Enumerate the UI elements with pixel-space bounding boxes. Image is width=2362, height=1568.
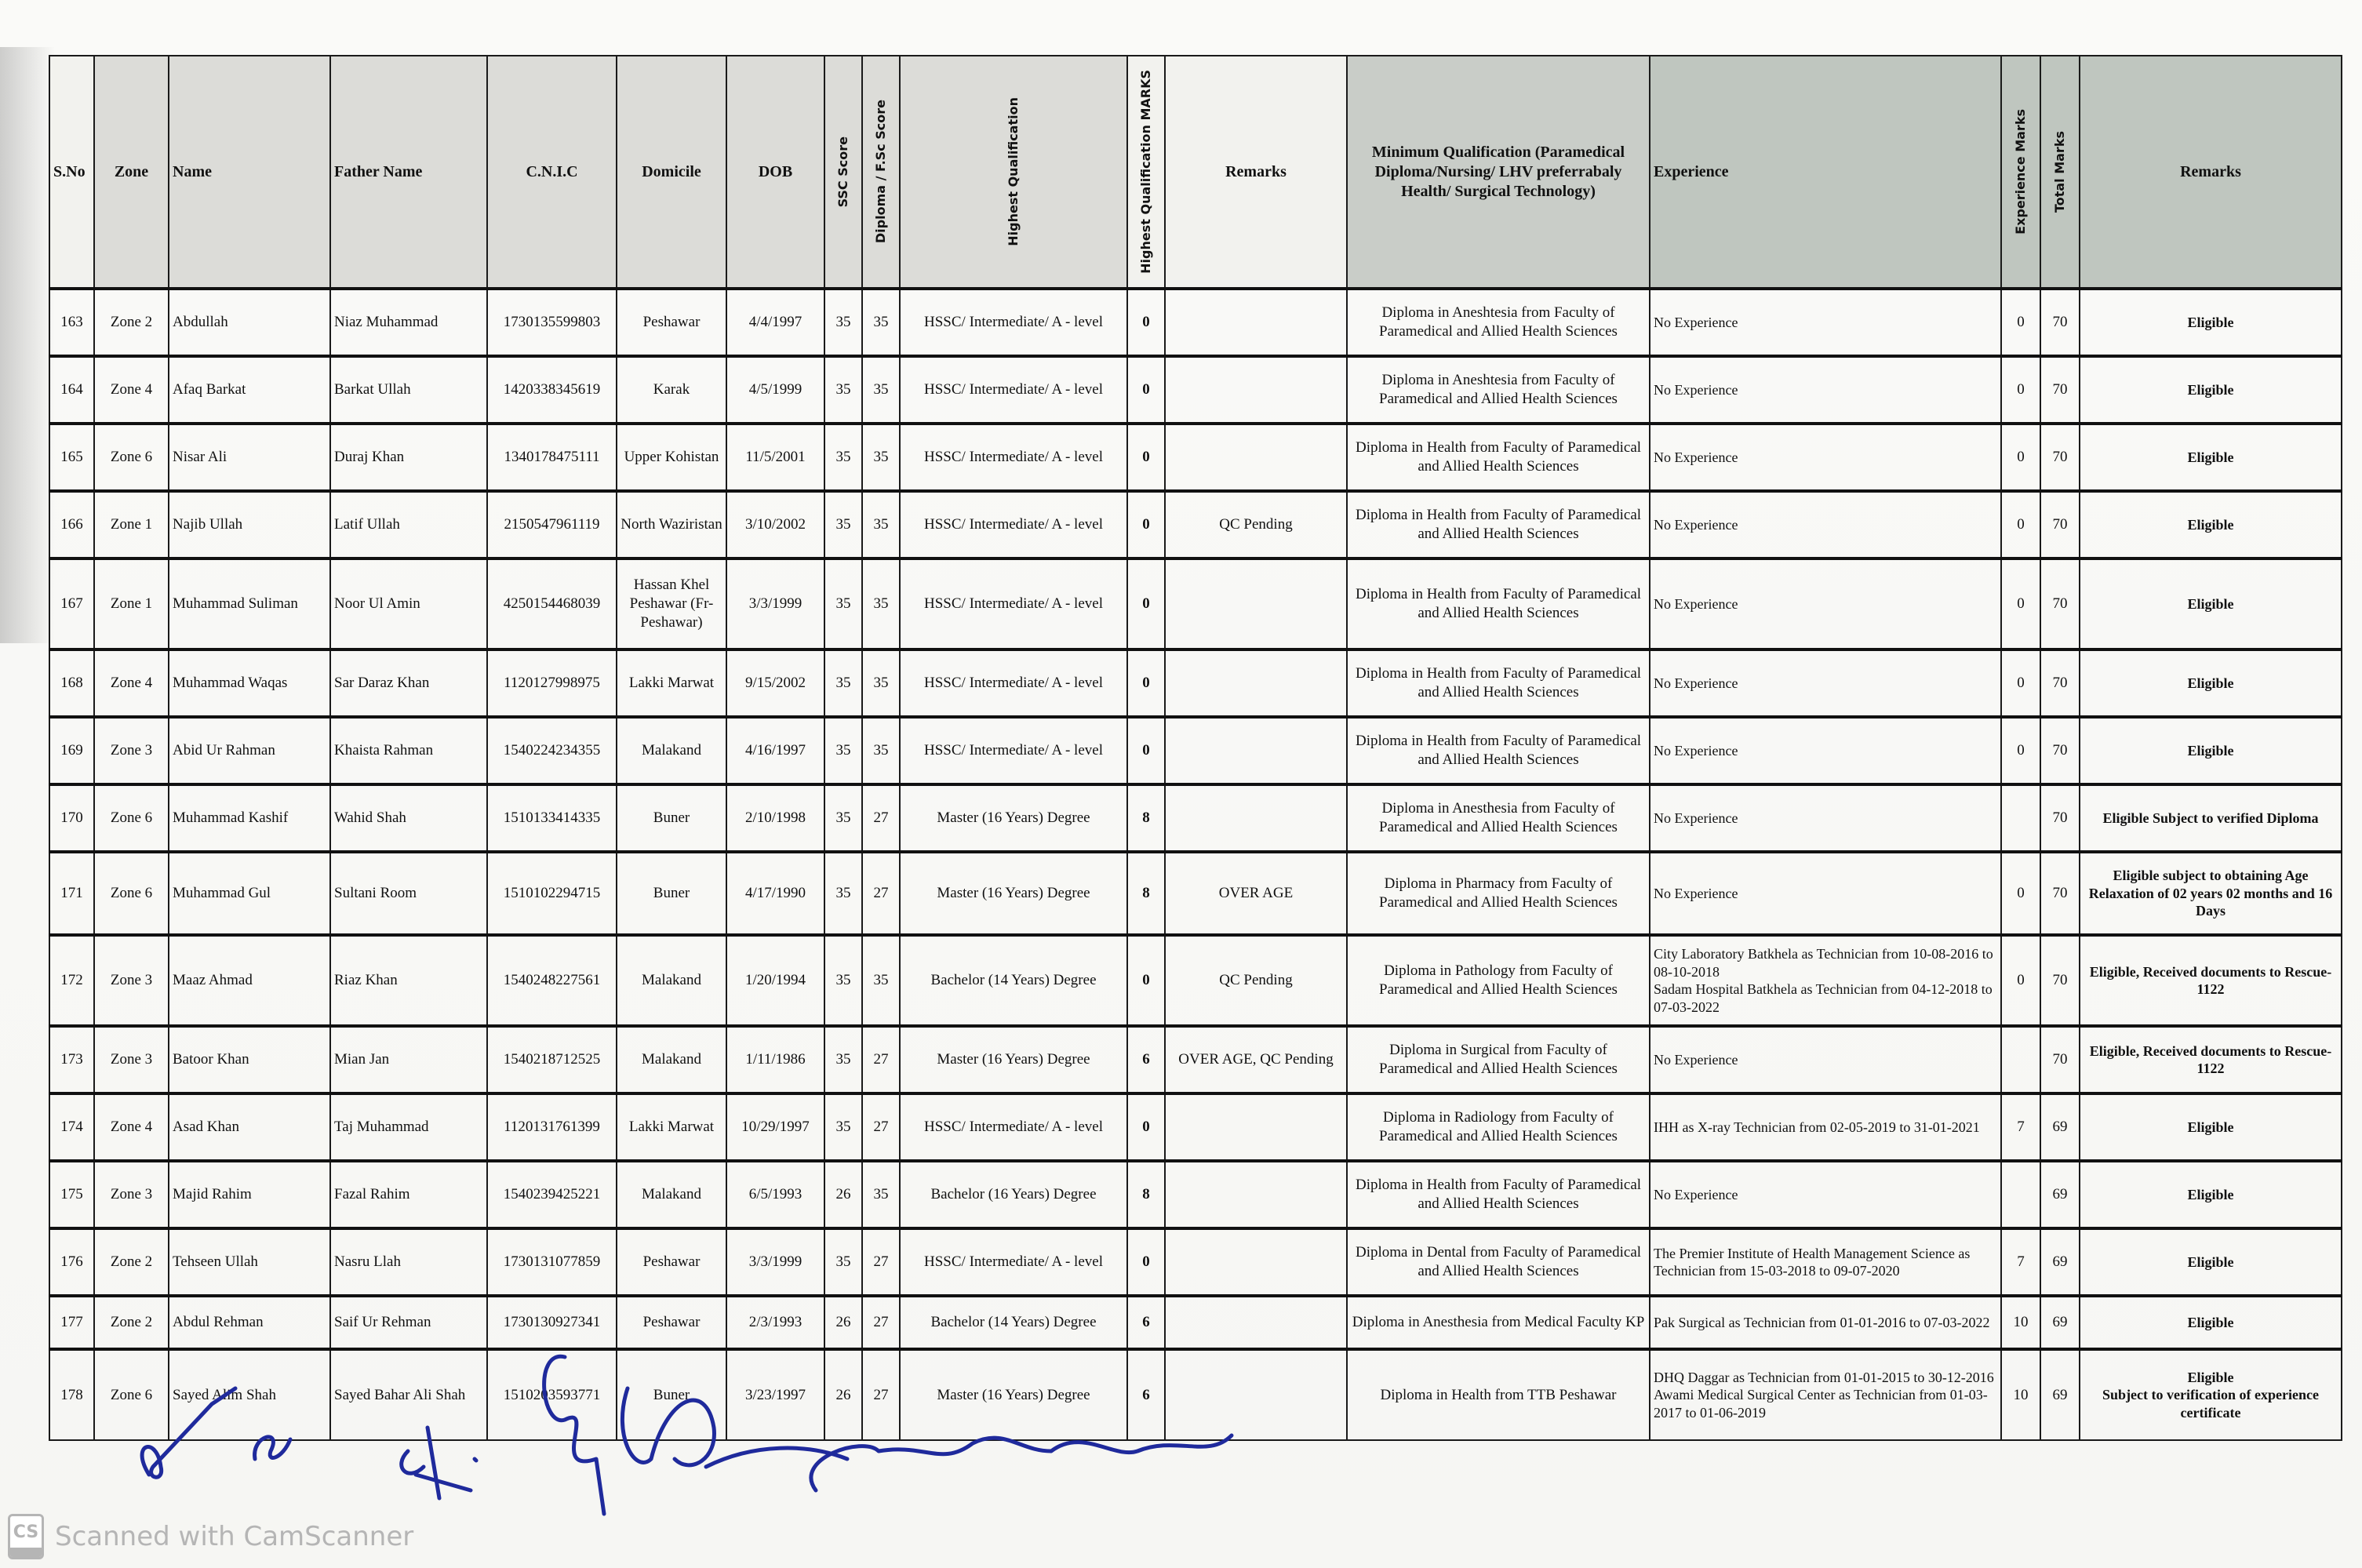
cell-experience-marks: 0 [2001, 289, 2040, 356]
cell-dob: 4/5/1999 [726, 356, 824, 424]
col-highest-qualification-label: Highest Qualification [1006, 97, 1021, 246]
cell-zone: Zone 3 [94, 1161, 169, 1228]
col-cnic: C.N.I.C [487, 56, 617, 289]
cell-experience-marks: 0 [2001, 935, 2040, 1026]
table-row: 165Zone 6Nisar AliDuraj Khan134017847511… [49, 424, 2342, 491]
cell-cnic: 1510203593771 [487, 1349, 617, 1440]
col-total-marks-label: Total Marks [2052, 131, 2068, 213]
cell-remarks: OVER AGE [1165, 852, 1347, 935]
cell-experience: No Experience [1650, 491, 2001, 558]
cell-minimum-qualification: Diploma in Anesthesia from Medical Facul… [1347, 1296, 1650, 1349]
cell-domicile: Peshawar [617, 289, 726, 356]
cell-domicile: North Waziristan [617, 491, 726, 558]
cell-diploma-score: 35 [862, 717, 900, 784]
cell-father-name: Fazal Rahim [330, 1161, 487, 1228]
cell-minimum-qualification: Diploma in Surgical from Faculty of Para… [1347, 1026, 1650, 1093]
cell-sno: 177 [49, 1296, 94, 1349]
table-row: 175Zone 3Majid RahimFazal Rahim154023942… [49, 1161, 2342, 1228]
camscanner-logo-icon: CS [8, 1514, 44, 1559]
cell-ssc-score: 35 [824, 424, 862, 491]
cell-sno: 170 [49, 784, 94, 852]
cell-cnic: 1540224234355 [487, 717, 617, 784]
cell-experience: No Experience [1650, 1026, 2001, 1093]
cell-father-name: Nasru Llah [330, 1228, 487, 1296]
cell-remarks [1165, 1228, 1347, 1296]
table-row: 172Zone 3Maaz AhmadRiaz Khan154024822756… [49, 935, 2342, 1026]
cell-highest-qualification: Master (16 Years) Degree [900, 784, 1127, 852]
cell-name: Abid Ur Rahman [169, 717, 330, 784]
cell-cnic: 1730130927341 [487, 1296, 617, 1349]
cell-remarks [1165, 424, 1347, 491]
cell-experience-marks: 0 [2001, 424, 2040, 491]
cell-diploma-score: 27 [862, 1228, 900, 1296]
cell-highest-qualification: HSSC/ Intermediate/ A - level [900, 1093, 1127, 1161]
cell-domicile: Upper Kohistan [617, 424, 726, 491]
cell-zone: Zone 2 [94, 1296, 169, 1349]
cell-experience-marks: 0 [2001, 491, 2040, 558]
cell-highest-qualification: HSSC/ Intermediate/ A - level [900, 491, 1127, 558]
cell-highest-qualification: Master (16 Years) Degree [900, 1349, 1127, 1440]
cell-sno: 178 [49, 1349, 94, 1440]
cell-sno: 165 [49, 424, 94, 491]
cell-minimum-qualification: Diploma in Pharmacy from Faculty of Para… [1347, 852, 1650, 935]
signature-4 [706, 1435, 1232, 1490]
camscanner-logo-text: CS [10, 1516, 42, 1548]
cell-dob: 10/29/1997 [726, 1093, 824, 1161]
cell-cnic: 1730135599803 [487, 289, 617, 356]
cell-final-remarks: Eligible [2080, 717, 2342, 784]
cell-ssc-score: 35 [824, 784, 862, 852]
cell-experience: Pak Surgical as Technician from 01-01-20… [1650, 1296, 2001, 1349]
table-row: 167Zone 1Muhammad SulimanNoor Ul Amin425… [49, 558, 2342, 649]
cell-cnic: 1120131761399 [487, 1093, 617, 1161]
cell-sno: 163 [49, 289, 94, 356]
cell-domicile: Karak [617, 356, 726, 424]
col-hq-marks-label: Highest Qualification MARKS [1138, 70, 1154, 274]
cell-remarks [1165, 717, 1347, 784]
cell-diploma-score: 35 [862, 491, 900, 558]
camscanner-watermark-text: Scanned with CamScanner [55, 1521, 413, 1552]
cell-remarks [1165, 356, 1347, 424]
cell-remarks: OVER AGE, QC Pending [1165, 1026, 1347, 1093]
cell-domicile: Malakand [617, 935, 726, 1026]
cell-domicile: Buner [617, 852, 726, 935]
cell-diploma-score: 35 [862, 356, 900, 424]
cell-domicile: Hassan Khel Peshawar (Fr-Peshawar) [617, 558, 726, 649]
cell-zone: Zone 6 [94, 1349, 169, 1440]
cell-experience: No Experience [1650, 784, 2001, 852]
cell-diploma-score: 35 [862, 424, 900, 491]
cell-name: Sayed Alim Shah [169, 1349, 330, 1440]
cell-experience-marks: 0 [2001, 717, 2040, 784]
cell-highest-qualification: HSSC/ Intermediate/ A - level [900, 1228, 1127, 1296]
cell-dob: 3/23/1997 [726, 1349, 824, 1440]
cell-highest-qualification: HSSC/ Intermediate/ A - level [900, 424, 1127, 491]
cell-remarks: QC Pending [1165, 491, 1347, 558]
cell-final-remarks: Eligible, Received documents to Rescue-1… [2080, 1026, 2342, 1093]
cell-ssc-score: 35 [824, 558, 862, 649]
cell-total-marks: 69 [2040, 1161, 2080, 1228]
cell-minimum-qualification: Diploma in Aneshtesia from Faculty of Pa… [1347, 356, 1650, 424]
cell-zone: Zone 2 [94, 289, 169, 356]
col-dob: DOB [726, 56, 824, 289]
cell-experience-marks: 0 [2001, 558, 2040, 649]
cell-zone: Zone 3 [94, 935, 169, 1026]
cell-cnic: 1730131077859 [487, 1228, 617, 1296]
cell-name: Najib Ullah [169, 491, 330, 558]
cell-sno: 164 [49, 356, 94, 424]
cell-dob: 2/3/1993 [726, 1296, 824, 1349]
cell-minimum-qualification: Diploma in Health from Faculty of Parame… [1347, 717, 1650, 784]
cell-ssc-score: 35 [824, 1228, 862, 1296]
col-experience: Experience [1650, 56, 2001, 289]
cell-experience: IHH as X-ray Technician from 02-05-2019 … [1650, 1093, 2001, 1161]
cell-diploma-score: 35 [862, 935, 900, 1026]
cell-minimum-qualification: Diploma in Radiology from Faculty of Par… [1347, 1093, 1650, 1161]
cell-dob: 4/17/1990 [726, 852, 824, 935]
cell-name: Maaz Ahmad [169, 935, 330, 1026]
col-highest-qualification-marks: Highest Qualification MARKS [1127, 56, 1165, 289]
cell-remarks [1165, 649, 1347, 717]
cell-diploma-score: 35 [862, 558, 900, 649]
cell-total-marks: 70 [2040, 558, 2080, 649]
cell-highest-qualification: Bachelor (14 Years) Degree [900, 1296, 1127, 1349]
table-row: 174Zone 4Asad KhanTaj Muhammad1120131761… [49, 1093, 2342, 1161]
cell-minimum-qualification: Diploma in Health from Faculty of Parame… [1347, 491, 1650, 558]
cell-hq-marks: 0 [1127, 649, 1165, 717]
cell-sno: 172 [49, 935, 94, 1026]
cell-father-name: Riaz Khan [330, 935, 487, 1026]
cell-domicile: Lakki Marwat [617, 649, 726, 717]
cell-sno: 171 [49, 852, 94, 935]
col-highest-qualification: Highest Qualification [900, 56, 1127, 289]
cell-name: Afaq Barkat [169, 356, 330, 424]
cell-diploma-score: 35 [862, 1161, 900, 1228]
cell-minimum-qualification: Diploma in Health from Faculty of Parame… [1347, 1161, 1650, 1228]
cell-cnic: 1420338345619 [487, 356, 617, 424]
cell-experience: No Experience [1650, 289, 2001, 356]
cell-minimum-qualification: Diploma in Health from TTB Peshawar [1347, 1349, 1650, 1440]
col-name: Name [169, 56, 330, 289]
cell-diploma-score: 35 [862, 649, 900, 717]
cell-total-marks: 69 [2040, 1349, 2080, 1440]
cell-dob: 11/5/2001 [726, 424, 824, 491]
col-experience-marks: Experience Marks [2001, 56, 2040, 289]
col-total-marks: Total Marks [2040, 56, 2080, 289]
cell-experience: No Experience [1650, 356, 2001, 424]
cell-ssc-score: 35 [824, 935, 862, 1026]
cell-zone: Zone 4 [94, 649, 169, 717]
cell-father-name: Niaz Muhammad [330, 289, 487, 356]
cell-sno: 166 [49, 491, 94, 558]
cell-highest-qualification: HSSC/ Intermediate/ A - level [900, 649, 1127, 717]
cell-ssc-score: 35 [824, 289, 862, 356]
cell-ssc-score: 26 [824, 1161, 862, 1228]
cell-domicile: Peshawar [617, 1296, 726, 1349]
cell-zone: Zone 1 [94, 491, 169, 558]
cell-name: Muhammad Waqas [169, 649, 330, 717]
col-ssc-score-label: SSC Score [835, 136, 851, 207]
cell-experience-marks: 10 [2001, 1349, 2040, 1440]
cell-diploma-score: 27 [862, 1026, 900, 1093]
cell-father-name: Sayed Bahar Ali Shah [330, 1349, 487, 1440]
table-body: 163Zone 2AbdullahNiaz Muhammad1730135599… [49, 289, 2342, 1440]
cell-domicile: Malakand [617, 1026, 726, 1093]
cell-hq-marks: 6 [1127, 1349, 1165, 1440]
cell-hq-marks: 6 [1127, 1026, 1165, 1093]
col-final-remarks: Remarks [2080, 56, 2342, 289]
cell-experience: No Experience [1650, 424, 2001, 491]
cell-remarks [1165, 289, 1347, 356]
cell-ssc-score: 26 [824, 1296, 862, 1349]
cell-final-remarks: Eligible [2080, 356, 2342, 424]
col-experience-marks-label: Experience Marks [2013, 109, 2029, 235]
cell-minimum-qualification: Diploma in Aneshtesia from Faculty of Pa… [1347, 289, 1650, 356]
cell-experience-marks: 10 [2001, 1296, 2040, 1349]
cell-highest-qualification: Bachelor (16 Years) Degree [900, 1161, 1127, 1228]
cell-total-marks: 70 [2040, 1026, 2080, 1093]
cell-experience: No Experience [1650, 558, 2001, 649]
cell-zone: Zone 6 [94, 784, 169, 852]
cell-final-remarks: Eligible [2080, 558, 2342, 649]
cell-cnic: 1510133414335 [487, 784, 617, 852]
cell-final-remarks: Eligible [2080, 1161, 2342, 1228]
cell-ssc-score: 35 [824, 356, 862, 424]
table-row: 173Zone 3Batoor KhanMian Jan154021871252… [49, 1026, 2342, 1093]
cell-experience: No Experience [1650, 649, 2001, 717]
cell-ssc-score: 35 [824, 1026, 862, 1093]
cell-name: Batoor Khan [169, 1026, 330, 1093]
cell-domicile: Lakki Marwat [617, 1093, 726, 1161]
cell-name: Abdullah [169, 289, 330, 356]
cell-minimum-qualification: Diploma in Health from Faculty of Parame… [1347, 424, 1650, 491]
cell-dob: 6/5/1993 [726, 1161, 824, 1228]
table-row: 169Zone 3Abid Ur RahmanKhaista Rahman154… [49, 717, 2342, 784]
col-diploma-fsc-score: Diploma / F.Sc Score [862, 56, 900, 289]
cell-total-marks: 69 [2040, 1093, 2080, 1161]
cell-remarks [1165, 1161, 1347, 1228]
scanned-page: S.No Zone Name Father Name C.N.I.C Domic… [0, 0, 2362, 1568]
table-row: 176Zone 2Tehseen UllahNasru Llah17301310… [49, 1228, 2342, 1296]
cell-highest-qualification: Master (16 Years) Degree [900, 852, 1127, 935]
cell-father-name: Sultani Room [330, 852, 487, 935]
cell-ssc-score: 35 [824, 1093, 862, 1161]
cell-father-name: Duraj Khan [330, 424, 487, 491]
cell-zone: Zone 2 [94, 1228, 169, 1296]
cell-experience: No Experience [1650, 1161, 2001, 1228]
cell-diploma-score: 35 [862, 289, 900, 356]
cell-experience-marks: 0 [2001, 649, 2040, 717]
cell-name: Nisar Ali [169, 424, 330, 491]
cell-sno: 168 [49, 649, 94, 717]
cell-zone: Zone 3 [94, 1026, 169, 1093]
cell-dob: 2/10/1998 [726, 784, 824, 852]
cell-ssc-score: 35 [824, 491, 862, 558]
cell-total-marks: 70 [2040, 852, 2080, 935]
cell-remarks [1165, 1349, 1347, 1440]
cell-final-remarks: Eligible [2080, 1296, 2342, 1349]
cell-highest-qualification: Bachelor (14 Years) Degree [900, 935, 1127, 1026]
cell-hq-marks: 8 [1127, 1161, 1165, 1228]
col-ssc-score: SSC Score [824, 56, 862, 289]
cell-zone: Zone 3 [94, 717, 169, 784]
col-zone: Zone [94, 56, 169, 289]
cell-remarks [1165, 1296, 1347, 1349]
cell-hq-marks: 0 [1127, 491, 1165, 558]
cell-ssc-score: 26 [824, 1349, 862, 1440]
cell-final-remarks: Eligible [2080, 491, 2342, 558]
cell-highest-qualification: HSSC/ Intermediate/ A - level [900, 289, 1127, 356]
cell-zone: Zone 4 [94, 1093, 169, 1161]
cell-zone: Zone 6 [94, 852, 169, 935]
cell-zone: Zone 1 [94, 558, 169, 649]
cell-name: Asad Khan [169, 1093, 330, 1161]
col-minimum-qualification: Minimum Qualification (Paramedical Diplo… [1347, 56, 1650, 289]
cell-final-remarks: Eligible [2080, 289, 2342, 356]
cell-name: Abdul Rehman [169, 1296, 330, 1349]
cell-experience: DHQ Daggar as Technician from 01-01-2015… [1650, 1349, 2001, 1440]
cell-zone: Zone 6 [94, 424, 169, 491]
cell-ssc-score: 35 [824, 717, 862, 784]
col-sno: S.No [49, 56, 94, 289]
col-diploma-fsc-label: Diploma / F.Sc Score [873, 100, 889, 243]
cell-final-remarks: Eligible [2080, 424, 2342, 491]
cell-total-marks: 69 [2040, 1296, 2080, 1349]
col-domicile: Domicile [617, 56, 726, 289]
cell-name: Muhammad Kashif [169, 784, 330, 852]
cell-dob: 9/15/2002 [726, 649, 824, 717]
cell-father-name: Wahid Shah [330, 784, 487, 852]
cell-total-marks: 70 [2040, 289, 2080, 356]
page-edge-shadow [0, 47, 55, 643]
cell-father-name: Sar Daraz Khan [330, 649, 487, 717]
cell-experience-marks: 0 [2001, 356, 2040, 424]
cell-zone: Zone 4 [94, 356, 169, 424]
cell-father-name: Khaista Rahman [330, 717, 487, 784]
cell-dob: 3/3/1999 [726, 558, 824, 649]
cell-cnic: 1540218712525 [487, 1026, 617, 1093]
col-remarks: Remarks [1165, 56, 1347, 289]
cell-dob: 3/3/1999 [726, 1228, 824, 1296]
cell-diploma-score: 27 [862, 784, 900, 852]
cell-final-remarks: Eligible [2080, 649, 2342, 717]
cell-father-name: Barkat Ullah [330, 356, 487, 424]
cell-dob: 1/20/1994 [726, 935, 824, 1026]
cell-father-name: Taj Muhammad [330, 1093, 487, 1161]
cell-cnic: 4250154468039 [487, 558, 617, 649]
cell-remarks [1165, 558, 1347, 649]
cell-minimum-qualification: Diploma in Dental from Faculty of Parame… [1347, 1228, 1650, 1296]
cell-total-marks: 70 [2040, 935, 2080, 1026]
cell-cnic: 2150547961119 [487, 491, 617, 558]
cell-experience-marks [2001, 784, 2040, 852]
cell-final-remarks: Eligible subject to obtaining Age Relaxa… [2080, 852, 2342, 935]
cell-final-remarks: Eligible, Received documents to Rescue-1… [2080, 935, 2342, 1026]
cell-experience-marks: 0 [2001, 852, 2040, 935]
cell-domicile: Buner [617, 784, 726, 852]
cell-name: Muhammad Suliman [169, 558, 330, 649]
cell-hq-marks: 6 [1127, 1296, 1165, 1349]
cell-final-remarks: Eligible [2080, 1228, 2342, 1296]
cell-diploma-score: 27 [862, 1296, 900, 1349]
cell-domicile: Buner [617, 1349, 726, 1440]
cell-experience-marks [2001, 1161, 2040, 1228]
cell-hq-marks: 8 [1127, 784, 1165, 852]
cell-hq-marks: 0 [1127, 935, 1165, 1026]
table-row: 170Zone 6Muhammad KashifWahid Shah151013… [49, 784, 2342, 852]
cell-experience: The Premier Institute of Health Manageme… [1650, 1228, 2001, 1296]
cell-highest-qualification: HSSC/ Intermediate/ A - level [900, 717, 1127, 784]
cell-minimum-qualification: Diploma in Pathology from Faculty of Par… [1347, 935, 1650, 1026]
cell-hq-marks: 0 [1127, 717, 1165, 784]
cell-name: Muhammad Gul [169, 852, 330, 935]
cell-diploma-score: 27 [862, 1349, 900, 1440]
cell-final-remarks: Eligible Subject to verification of expe… [2080, 1349, 2342, 1440]
table-row: 171Zone 6Muhammad GulSultani Room1510102… [49, 852, 2342, 935]
cell-final-remarks: Eligible Subject to verified Diploma [2080, 784, 2342, 852]
cell-final-remarks: Eligible [2080, 1093, 2342, 1161]
cell-hq-marks: 8 [1127, 852, 1165, 935]
table-row: 178Zone 6Sayed Alim ShahSayed Bahar Ali … [49, 1349, 2342, 1440]
cell-sno: 173 [49, 1026, 94, 1093]
cell-cnic: 1540239425221 [487, 1161, 617, 1228]
cell-father-name: Mian Jan [330, 1026, 487, 1093]
cell-remarks [1165, 784, 1347, 852]
candidate-merit-table: S.No Zone Name Father Name C.N.I.C Domic… [49, 55, 2342, 1441]
cell-experience: No Experience [1650, 717, 2001, 784]
cell-hq-marks: 0 [1127, 1228, 1165, 1296]
cell-total-marks: 70 [2040, 717, 2080, 784]
cell-dob: 3/10/2002 [726, 491, 824, 558]
cell-experience-marks [2001, 1026, 2040, 1093]
cell-ssc-score: 35 [824, 649, 862, 717]
cell-total-marks: 70 [2040, 784, 2080, 852]
cell-diploma-score: 27 [862, 1093, 900, 1161]
cell-name: Tehseen Ullah [169, 1228, 330, 1296]
cell-minimum-qualification: Diploma in Health from Faculty of Parame… [1347, 649, 1650, 717]
cell-experience: No Experience [1650, 852, 2001, 935]
cell-hq-marks: 0 [1127, 1093, 1165, 1161]
cell-sno: 167 [49, 558, 94, 649]
cell-cnic: 1510102294715 [487, 852, 617, 935]
cell-total-marks: 69 [2040, 1228, 2080, 1296]
table-row: 177Zone 2Abdul RehmanSaif Ur Rehman17301… [49, 1296, 2342, 1349]
cell-experience: City Laboratory Batkhela as Technician f… [1650, 935, 2001, 1026]
cell-domicile: Malakand [617, 717, 726, 784]
cell-hq-marks: 0 [1127, 356, 1165, 424]
cell-cnic: 1120127998975 [487, 649, 617, 717]
cell-hq-marks: 0 [1127, 289, 1165, 356]
cell-name: Majid Rahim [169, 1161, 330, 1228]
cell-domicile: Malakand [617, 1161, 726, 1228]
cell-cnic: 1540248227561 [487, 935, 617, 1026]
cell-highest-qualification: Master (16 Years) Degree [900, 1026, 1127, 1093]
cell-sno: 169 [49, 717, 94, 784]
cell-remarks: QC Pending [1165, 935, 1347, 1026]
table-row: 168Zone 4Muhammad WaqasSar Daraz Khan112… [49, 649, 2342, 717]
cell-dob: 4/16/1997 [726, 717, 824, 784]
table-row: 166Zone 1Najib UllahLatif Ullah215054796… [49, 491, 2342, 558]
table-row: 163Zone 2AbdullahNiaz Muhammad1730135599… [49, 289, 2342, 356]
camscanner-watermark: CS Scanned with CamScanner [8, 1514, 413, 1559]
cell-sno: 174 [49, 1093, 94, 1161]
cell-dob: 1/11/1986 [726, 1026, 824, 1093]
cell-sno: 176 [49, 1228, 94, 1296]
cell-hq-marks: 0 [1127, 424, 1165, 491]
cell-experience-marks: 7 [2001, 1228, 2040, 1296]
header-row: S.No Zone Name Father Name C.N.I.C Domic… [49, 56, 2342, 289]
cell-experience-marks: 7 [2001, 1093, 2040, 1161]
